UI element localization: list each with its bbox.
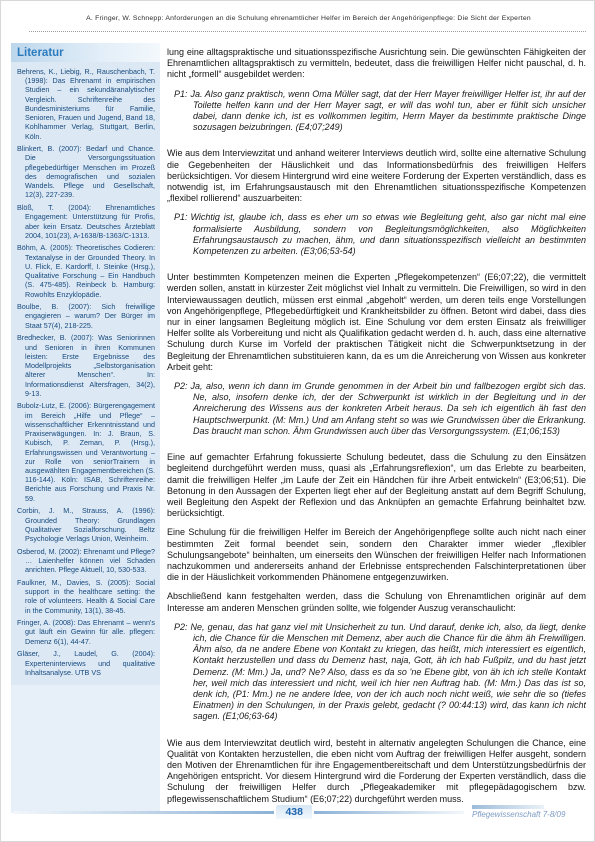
reference-entry: Bubolz-Lutz, E. (2006): Bürgerengagement… (17, 401, 155, 502)
reference-entry: Bredhecker, B. (2007): Was Seniorinnen u… (17, 333, 155, 398)
quote-speaker-label: P2: (174, 381, 188, 391)
journal-issue: Pflegewissenschaft 7-8/09 (472, 805, 582, 819)
footer-rule-left (13, 811, 274, 814)
page-number: 438 (276, 805, 312, 819)
reference-entry: Corbin, J. M., Strauss, A. (1996): Groun… (17, 506, 155, 543)
running-head: A. Fringer, W. Schnepp: Anforderungen an… (31, 15, 586, 22)
body-paragraph: Eine auf gemachter Erfahrung fokussierte… (167, 452, 586, 519)
header-divider (29, 31, 586, 32)
quote-text: Ne, genau, das hat ganz viel mit Unsiche… (191, 622, 586, 722)
journal-accent-bar (472, 805, 544, 809)
body-paragraph: Wie aus dem Interviewzitat deutlich wird… (167, 738, 586, 805)
body-paragraph: lung eine alltagspraktische und situatio… (167, 47, 586, 81)
interview-quote: P1:Ja. Also ganz praktisch, wenn Oma Mül… (174, 89, 586, 134)
reference-entry: Osberod, M. (2002): Ehrenamt und Pflege?… (17, 547, 155, 575)
interview-quote: P1:Wichtig ist, glaube ich, dass es eher… (174, 212, 586, 257)
quote-speaker-label: P2: (174, 622, 188, 632)
quote-text: Ja. Also ganz praktisch, wenn Oma Müller… (191, 89, 586, 133)
footer-rule-mid (314, 811, 464, 814)
reference-list: Behrens, K., Liebig, R., Rauschenbach, T… (11, 62, 160, 685)
reference-entry: Böhm, A. (2005): Theoretisches Codieren:… (17, 243, 155, 298)
reference-entry: Blinkert, B. (2007): Bedarf und Chance. … (17, 144, 155, 199)
reference-entry: Gläser, J., Laudel, G. (2004): Experteni… (17, 649, 155, 677)
journal-issue-label: Pflegewissenschaft 7-8/09 (472, 810, 565, 819)
body-paragraph: Unter bestimmten Kompetenzen meinen die … (167, 272, 586, 373)
body-paragraph: Eine Schulung für die freiwilligen Helfe… (167, 527, 586, 583)
literature-heading: Literatur (11, 43, 160, 62)
reference-entry: Boulbe, B. (2007): Sich freiwillige enga… (17, 302, 155, 330)
quote-speaker-label: P1: (174, 212, 188, 222)
page-footer: 438 Pflegewissenschaft 7-8/09 (13, 801, 582, 823)
reference-entry: Blöß, T. (2004): Ehrenamtliches Engageme… (17, 203, 155, 240)
running-head-text: A. Fringer, W. Schnepp: Anforderungen an… (86, 15, 531, 22)
journal-page: A. Fringer, W. Schnepp: Anforderungen an… (0, 0, 595, 842)
reference-entry: Behrens, K., Liebig, R., Rauschenbach, T… (17, 67, 155, 141)
article-body: lung eine alltagspraktische und situatio… (167, 47, 586, 807)
quote-text: Ja, also, wenn ich dann im Grunde genomm… (191, 381, 586, 436)
interview-quote: P2:Ne, genau, das hat ganz viel mit Unsi… (174, 622, 586, 723)
interview-quote: P2:Ja, also, wenn ich dann im Grunde gen… (174, 381, 586, 437)
quote-text: Wichtig ist, glaube ich, dass es eher um… (191, 212, 586, 256)
reference-entry: Fringer, A. (2008): Das Ehrenamt – wenn'… (17, 618, 155, 646)
body-paragraph: Abschließend kann festgehalten werden, d… (167, 591, 586, 613)
reference-entry: Faulkner, M., Davies, S. (2005): Social … (17, 578, 155, 615)
body-paragraph: Wie aus dem Interviewzitat und anhand we… (167, 148, 586, 204)
literature-sidebar: Literatur Behrens, K., Liebig, R., Rausc… (11, 43, 160, 813)
quote-speaker-label: P1: (174, 89, 188, 99)
